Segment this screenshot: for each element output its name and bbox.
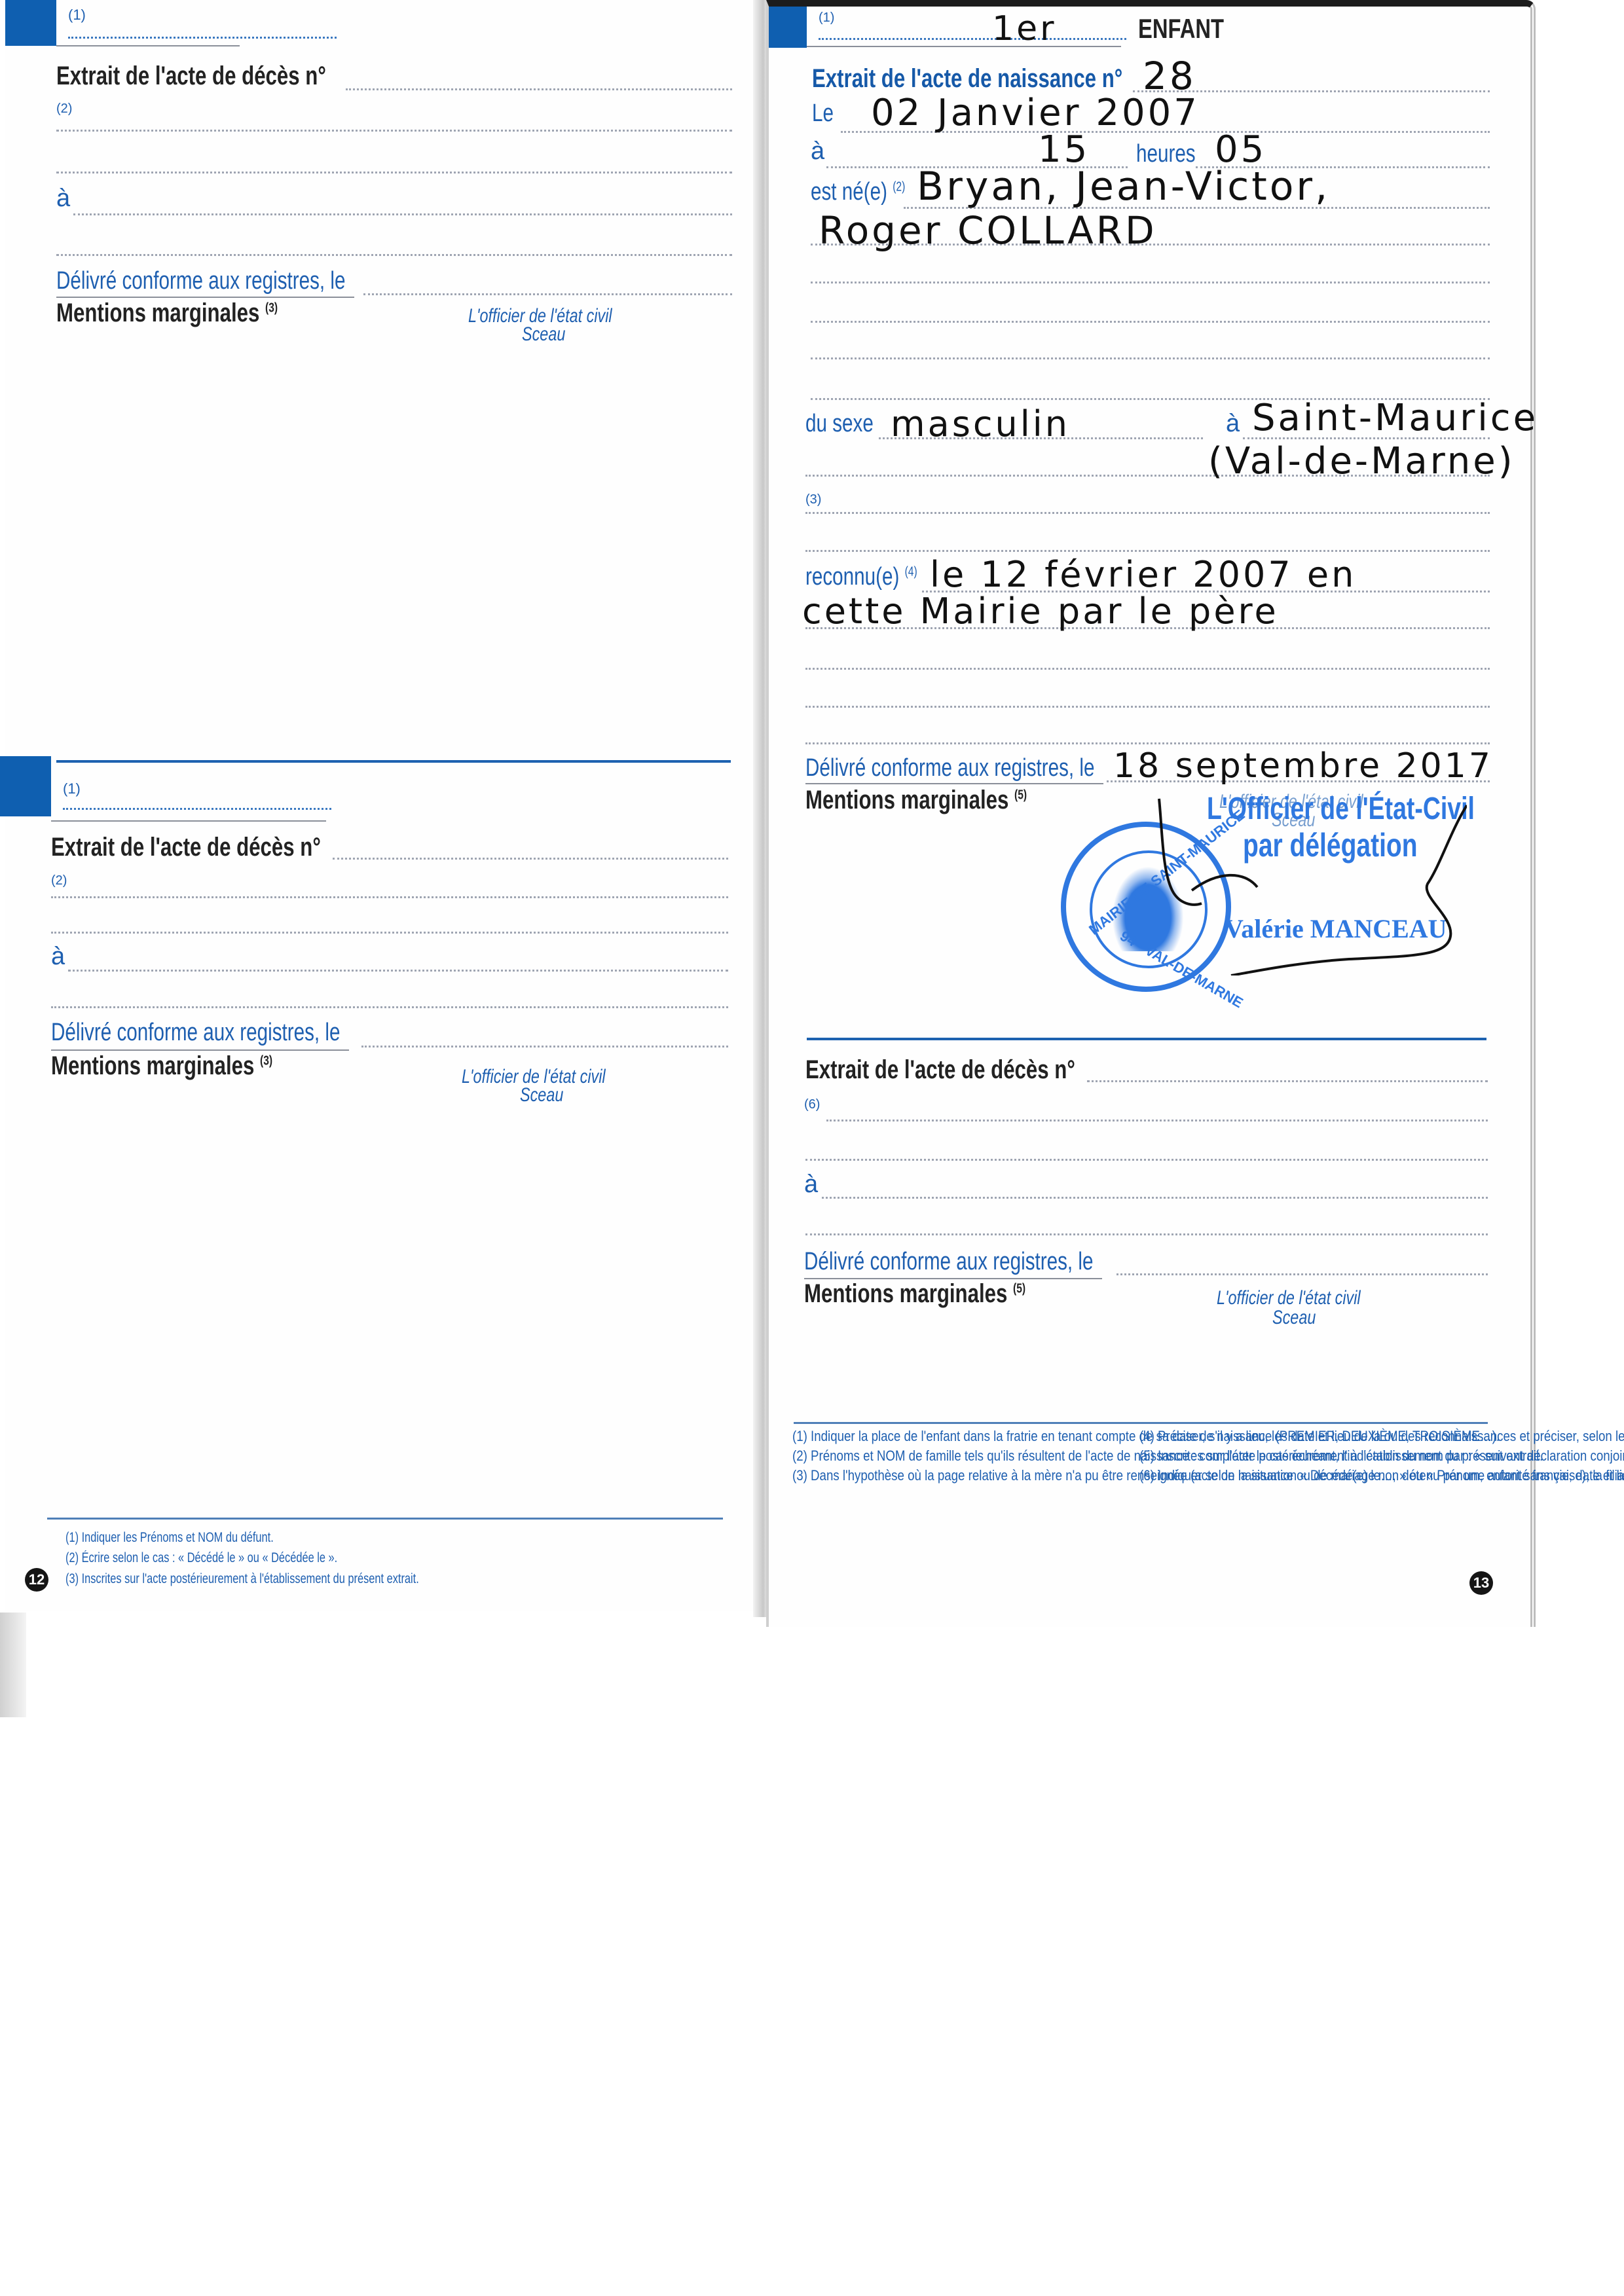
seal-label: Sceau [520, 1084, 563, 1106]
recognized-label: reconnu(e) (4) [805, 563, 917, 591]
sex-label: du sexe [805, 410, 874, 438]
death-extract-title: Extrait de l'acte de décès n° [805, 1055, 1075, 1085]
footnote-2: (2) Prénoms et NOM de famille tels qu'il… [792, 1448, 1121, 1464]
death-extract-title: Extrait de l'acte de décès n° [51, 833, 321, 862]
birth-extract-title: Extrait de l'acte de naissance n° [812, 64, 1122, 94]
seal-label: Sceau [1272, 1307, 1316, 1329]
footnote-divider [47, 1518, 723, 1520]
mentions-label: Mentions marginales (3) [51, 1051, 272, 1081]
footnote-1: (1) Indiquer la place de l'enfant dans l… [792, 1429, 1121, 1444]
footnote-6: (6) Indiquer selon la situation « Décédé… [1139, 1468, 1485, 1484]
page-number-badge: 13 [1469, 1571, 1493, 1595]
death-extract-title: Extrait de l'acte de décès n° [56, 62, 326, 91]
recognition-field-line[interactable] [805, 706, 1490, 708]
rank-note: (1) [68, 7, 86, 24]
delivered-rule [805, 783, 1103, 784]
delivered-rule [51, 1049, 349, 1051]
enfant-heading: ENFANT [1138, 13, 1224, 45]
death-field-line[interactable] [56, 130, 732, 132]
mentions-label: Mentions marginales (5) [804, 1279, 1025, 1309]
filiation-field[interactable] [805, 550, 1490, 552]
page-number-badge: 12 [25, 1568, 48, 1592]
section-tab [0, 756, 51, 816]
place-field[interactable] [73, 213, 732, 215]
place-field-line[interactable] [56, 254, 732, 256]
sex-value: masculin [891, 403, 1070, 445]
delivered-rule [56, 297, 354, 298]
place-field-line[interactable] [805, 1233, 1488, 1235]
note-2: (2) [56, 101, 72, 117]
place-a-label: à [1226, 410, 1240, 438]
mentions-label: Mentions marginales (5) [805, 786, 1027, 815]
header-rule [51, 820, 326, 822]
footnote-5: (5) Inscrites sur l'acte postérieurement… [1139, 1448, 1485, 1464]
place-field[interactable] [822, 1197, 1488, 1199]
footnotes-column-2: (4) Préciser, s'il y a lieu, les date et… [1139, 1429, 1485, 1487]
names-line-1: Bryan, Jean-Victor, [917, 164, 1330, 210]
delivered-label: Délivré conforme aux registres, le [56, 267, 345, 295]
mentions-label: Mentions marginales (3) [56, 299, 278, 328]
delivered-date-value: 18 septembre 2017 [1113, 746, 1493, 786]
place-field-line[interactable] [51, 1006, 728, 1008]
a-label: à [804, 1171, 818, 1199]
a-label: à [811, 137, 824, 166]
place-line-2: (Val-de-Marne) [1208, 440, 1515, 483]
rank-field[interactable] [63, 808, 331, 810]
names-field-line[interactable] [811, 321, 1490, 323]
delivered-date-field[interactable] [1116, 1273, 1488, 1275]
names-field-line[interactable] [811, 357, 1490, 359]
footnote-3: (3) Dans l'hypothèse où la page relative… [792, 1468, 1121, 1484]
place-field[interactable] [68, 970, 728, 972]
rank-note: (1) [819, 10, 834, 26]
death-field-line[interactable] [826, 1120, 1488, 1121]
recognition-field-line[interactable] [805, 668, 1490, 670]
rank-field[interactable] [819, 38, 1126, 40]
recognition-field-line[interactable] [805, 742, 1490, 744]
book-gutter [753, 0, 767, 1617]
footnote-4: (4) Préciser, s'il y a lieu, les date et… [1139, 1429, 1485, 1444]
death-field-line[interactable] [56, 172, 732, 173]
rank-note: (1) [63, 780, 81, 797]
section-divider [807, 1038, 1486, 1040]
footnote-2: (2) Écrire selon le cas : « Décédé le » … [65, 1550, 337, 1566]
delivered-label: Délivré conforme aux registres, le [805, 754, 1094, 782]
le-label: Le [812, 100, 834, 128]
officer-label: L'officier de l'état civil [1217, 1287, 1361, 1309]
names-line-2: Roger COLLARD [819, 208, 1157, 253]
delivered-date-field[interactable] [363, 293, 732, 295]
death-field-line[interactable] [805, 1159, 1488, 1161]
signature [1153, 792, 1467, 975]
header-rule [807, 46, 1121, 47]
rank-handwritten: 1er [992, 9, 1056, 48]
recognition-line-1: le 12 février 2007 en [930, 554, 1356, 595]
birth-date-value: 02 Janvier 2007 [871, 92, 1200, 134]
left-page [5, 0, 762, 1611]
a-label: à [56, 185, 70, 213]
rank-field[interactable] [68, 37, 337, 39]
delivered-label: Délivré conforme aux registres, le [51, 1019, 340, 1047]
place-line-1: Saint-Maurice [1252, 397, 1538, 439]
footnote-divider [794, 1422, 1488, 1424]
seal-label: Sceau [522, 323, 565, 346]
footnotes-column-1: (1) Indiquer la place de l'enfant dans l… [792, 1429, 1121, 1487]
note-3: (3) [805, 492, 821, 507]
delivered-date-field[interactable] [361, 1046, 728, 1048]
delivered-label: Délivré conforme aux registres, le [804, 1248, 1093, 1276]
header-rule [56, 45, 240, 46]
note-6: (6) [804, 1097, 820, 1112]
section-tab [5, 0, 56, 46]
death-number-field[interactable] [333, 858, 728, 860]
death-field-line[interactable] [51, 932, 728, 934]
born-label: est né(e) (2) [811, 178, 905, 206]
page-edge-shadow [0, 1613, 26, 1717]
death-number-field[interactable] [1087, 1080, 1488, 1082]
filiation-field[interactable] [805, 512, 1490, 514]
note-2: (2) [51, 873, 67, 888]
section-divider [56, 760, 731, 763]
section-tab [769, 7, 807, 48]
death-field-line[interactable] [51, 896, 728, 898]
footnote-1: (1) Indiquer les Prénoms et NOM du défun… [65, 1530, 274, 1546]
death-number-field[interactable] [346, 88, 732, 90]
a-label: à [51, 943, 65, 971]
footnote-3: (3) Inscrites sur l'acte postérieurement… [65, 1571, 419, 1587]
names-field-line[interactable] [811, 282, 1490, 283]
recognition-line-2: cette Mairie par le père [802, 591, 1279, 632]
